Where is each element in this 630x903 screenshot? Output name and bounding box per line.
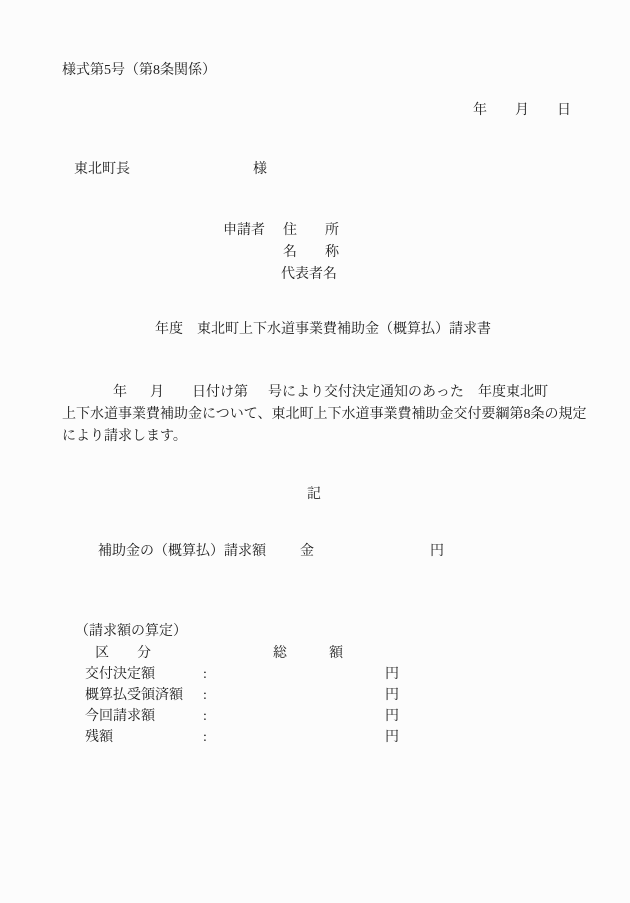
row-unit: 円 [385, 729, 399, 746]
row-label: 残額 [85, 729, 113, 746]
calculation-heading: （請求額の算定） [75, 623, 187, 640]
row-separator: : [203, 708, 207, 725]
column-header-total: 総 額 [273, 645, 343, 662]
document-page: 様式第5号（第8条関係） 年 月 日 東北町長 様 申請者 住 所 名 称 代表… [0, 0, 630, 903]
body-line2: 上下水道事業費補助金について、東北町上下水道事業費補助金交付要綱第8条の規定 [62, 406, 586, 423]
body-line1-year: 年 [113, 384, 127, 401]
body-line1-notice-text: 号により交付決定通知のあった [268, 384, 464, 401]
date-line: 年 月 日 [473, 102, 571, 119]
row-unit: 円 [385, 687, 399, 704]
row-separator: : [203, 687, 207, 704]
amount-label: 補助金の（概算払）請求額 [98, 543, 266, 560]
recipient-name: 東北町長 [74, 161, 130, 178]
recipient-honorific: 様 [253, 161, 267, 178]
body-line1-month: 月 [150, 384, 164, 401]
column-header-division: 区 分 [95, 645, 151, 662]
row-label: 今回請求額 [85, 708, 155, 725]
applicant-address-label: 住 所 [283, 222, 339, 239]
body-line1-fiscal-town: 年度東北町 [478, 384, 548, 401]
row-separator: : [203, 666, 207, 683]
ki-marker: 記 [307, 486, 321, 503]
body-line1-dated-no: 日付け第 [192, 384, 248, 401]
form-number: 様式第5号（第8条関係） [62, 62, 216, 79]
row-unit: 円 [385, 666, 399, 683]
applicant-name-label: 名 称 [283, 244, 339, 261]
row-separator: : [203, 729, 207, 746]
applicant-representative-label: 代表者名 [281, 266, 337, 283]
row-label: 交付決定額 [85, 666, 155, 683]
body-line3: により請求します。 [62, 428, 187, 445]
row-label: 概算払受領済額 [85, 687, 183, 704]
amount-unit: 円 [430, 543, 444, 560]
amount-currency-prefix: 金 [300, 543, 314, 560]
applicant-label: 申請者 [223, 222, 265, 239]
row-unit: 円 [385, 708, 399, 725]
document-title: 年度 東北町上下水道事業費補助金（概算払）請求書 [155, 321, 491, 338]
